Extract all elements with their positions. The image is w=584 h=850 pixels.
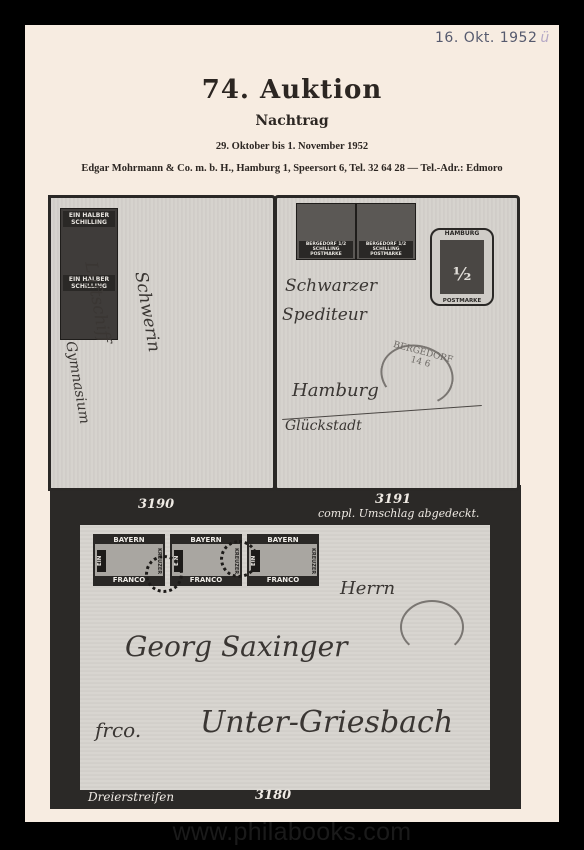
lot-note-3191: compl. Umschlag abgedeckt. xyxy=(318,507,479,520)
page-title: 74. Auktion xyxy=(0,75,584,105)
pencil-mark: ü xyxy=(540,30,549,46)
handwriting-line: Hamburg xyxy=(292,380,379,401)
handwriting-line: Schwarzer xyxy=(285,276,377,296)
page-subtitle: Nachtrag xyxy=(0,113,584,129)
stamp-top-text: BAYERN xyxy=(249,536,317,544)
handwriting-line: frco. xyxy=(95,718,141,742)
received-date-text: 16. Okt. 1952 xyxy=(435,30,537,46)
handwriting-line: Herrn xyxy=(340,578,395,599)
stamp-right-text: KREUZER xyxy=(307,548,316,574)
handwriting-line: Unter-Griesbach xyxy=(200,705,453,740)
received-date-stamp: 16. Okt. 1952ü xyxy=(435,30,550,46)
stamp-bottom-text: POSTMARKE xyxy=(432,298,492,304)
stamp-left-text: EIN xyxy=(97,550,106,572)
stamp-label: BERGEDORF 1/2 SCHILLING POSTMARKE xyxy=(359,241,413,258)
stamp-top-text: BAYERN xyxy=(95,536,163,544)
stamp-value: ½ xyxy=(432,264,492,285)
lot-number-3191: 3191 xyxy=(375,492,411,507)
lot-note-3180: Dreierstreifen xyxy=(88,790,174,804)
watermark: www.philabooks.com xyxy=(0,818,584,847)
handwriting-line: Spediteur xyxy=(282,305,367,325)
postmark-arrival xyxy=(400,600,464,654)
hamburg-envelope-stamp: HAMBURG ½ POSTMARKE xyxy=(430,228,494,306)
cancellation-mark-icon xyxy=(145,555,183,593)
stamp-label: EIN HALBER SCHILLING xyxy=(63,211,115,227)
cancellation-mark-icon xyxy=(220,540,258,578)
stamp-label: BERGEDORF 1/2 SCHILLING POSTMARKE xyxy=(299,241,353,258)
auction-dates: 29. Oktober bis 1. November 1952 xyxy=(0,141,584,152)
handwriting-line: Glückstadt xyxy=(285,418,362,434)
stamp-top-text: HAMBURG xyxy=(432,230,492,237)
bergedorf-stamp: BERGEDORF 1/2 SCHILLING POSTMARKE xyxy=(356,203,416,260)
lot-number-3180: 3180 xyxy=(255,788,291,803)
handwriting-line: Georg Saxinger xyxy=(125,630,348,663)
bergedorf-stamp: BERGEDORF 1/2 SCHILLING POSTMARKE xyxy=(296,203,356,260)
auctioneer-address: Edgar Mohrmann & Co. m. b. H., Hamburg 1… xyxy=(0,163,584,174)
stamp-bottom-text: FRANCO xyxy=(249,576,317,584)
lot-number-3190: 3190 xyxy=(138,497,174,512)
